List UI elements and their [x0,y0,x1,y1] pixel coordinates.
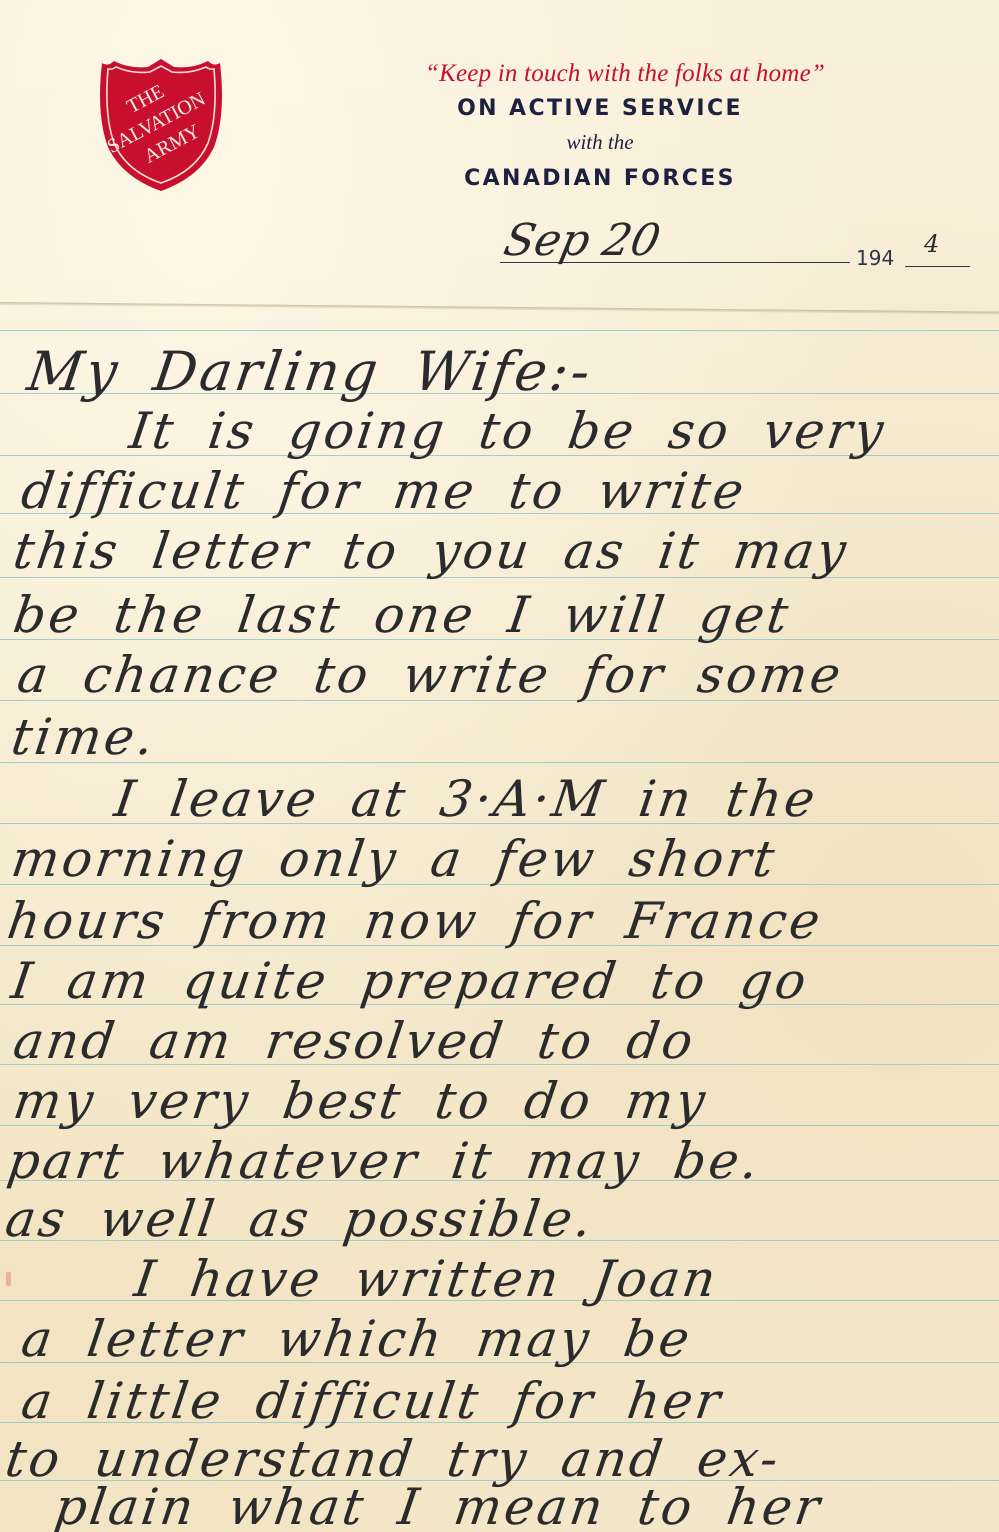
year-underline [905,266,970,267]
salvation-army-shield-icon: THE SALVATION ARMY [96,55,226,195]
letter-line: It is going to be so very [126,402,999,460]
salutation: My Darling Wife:- [24,340,999,403]
year-printed: 194 [856,246,894,270]
letterhead-tagline: “Keep in touch with the folks at home” [355,60,895,88]
ruled-line [0,330,999,331]
letter-line: be the last one I will get [10,586,999,644]
paper-fold-line [0,302,999,315]
letter-line: a chance to write for some [14,646,999,704]
letter-line: part whatever it may be. [4,1132,999,1190]
letter-line: I am quite prepared to go [8,952,999,1010]
letter-line: a little difficult for her [18,1372,999,1430]
letter-line: and am resolved to do [10,1012,999,1070]
letter-line: time. [8,708,999,766]
letterhead-service-line: ON ACTIVE SERVICE [410,96,790,121]
letter-line: morning only a few short [8,830,999,888]
margin-red-mark [6,1272,11,1286]
letter-page: THE SALVATION ARMY “Keep in touch with t… [0,0,999,1532]
letterhead-forces-line: CANADIAN FORCES [410,166,790,191]
letter-line: difficult for me to write [18,462,999,520]
letter-line: plain what I mean to her [51,1478,999,1532]
letter-line: this letter to you as it may [10,522,999,580]
letter-line: I leave at 3·A·M in the [111,770,999,828]
letter-line: a letter which may be [18,1310,999,1368]
year-handwritten: 4 [924,230,939,258]
letterhead-with-the: with the [410,130,790,155]
date-handwritten: Sep 20 [500,215,751,266]
letter-line: hours from now for France [4,892,999,950]
letter-line: I have written Joan [131,1250,999,1308]
letter-line: as well as possible. [2,1190,999,1248]
letter-line: my very best to do my [10,1072,999,1130]
